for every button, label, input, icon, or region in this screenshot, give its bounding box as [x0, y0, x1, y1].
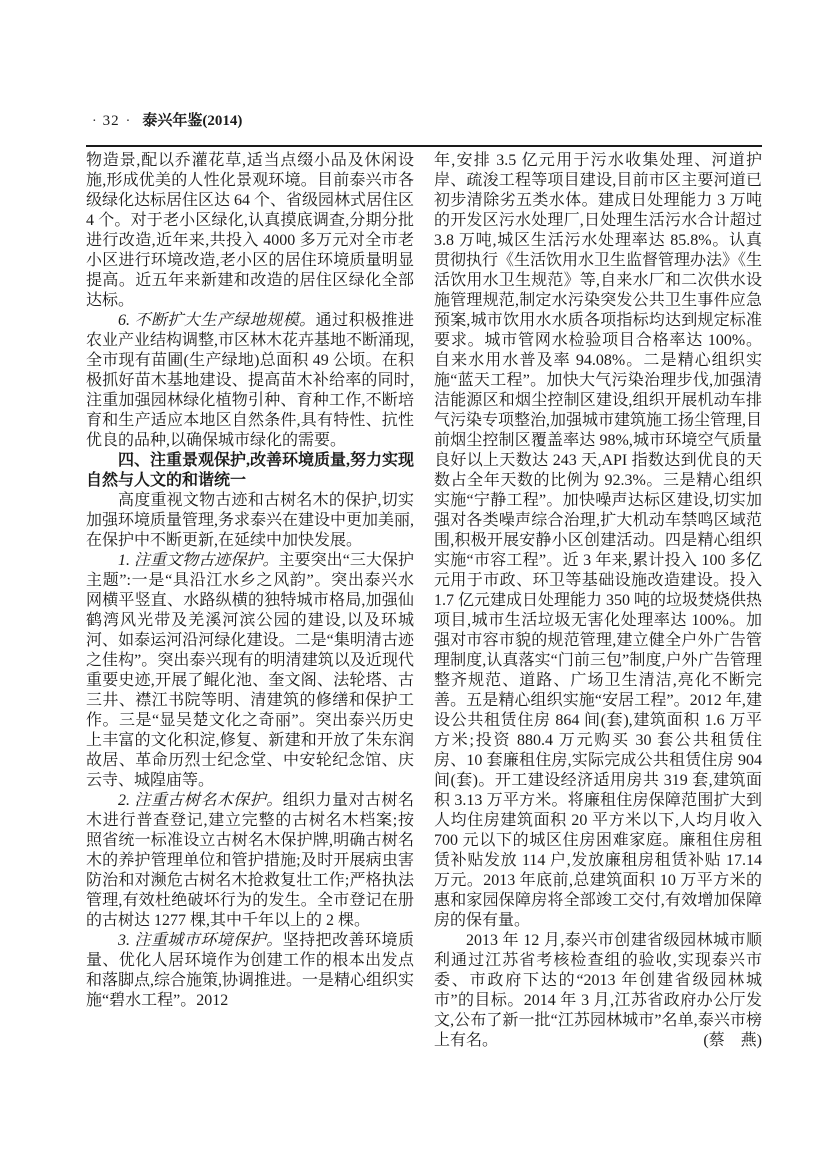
- left-column: 物造景,配以乔灌花草,适当点缀小品及休闲设施,形成优美的人性化景观环境。目前泰兴…: [86, 151, 414, 1051]
- header-dot-icon: ·: [120, 114, 137, 129]
- paragraph: 物造景,配以乔灌花草,适当点缀小品及休闲设施,形成优美的人性化景观环境。目前泰兴…: [86, 151, 414, 311]
- text-run: 通过积极推进农业产业结构调整,市区林木花卉基地不断涌现,全市现有苗圃(生产绿地)…: [86, 312, 414, 449]
- paragraph: 高度重视文物古迹和古树名木的保护,切实加强环境质量管理,务求泰兴在建设中更加美丽…: [86, 491, 414, 551]
- paragraph: 3. 注重城市环境保护。坚持把改善环境质量、优化人居环境作为创建工作的根本出发点…: [86, 931, 414, 1011]
- yearbook-title: 泰兴年鉴(2014): [142, 113, 242, 129]
- yearbook-page: ·32·泰兴年鉴(2014) 物造景,配以乔灌花草,适当点缀小品及休闲设施,形成…: [0, 0, 826, 1169]
- paragraph: 6. 不断扩大生产绿地规模。通过积极推进农业产业结构调整,市区林木花卉基地不断涌…: [86, 311, 414, 451]
- text-run: 高度重视文物古迹和古树名木的保护,切实加强环境质量管理,务求泰兴在建设中更加美丽…: [86, 492, 414, 549]
- paragraph: 年,安排 3.5 亿元用于污水收集处理、河道护岸、疏浚工程等项目建设,目前市区主…: [434, 151, 762, 931]
- page-header: ·32·泰兴年鉴(2014): [86, 111, 762, 132]
- header-rule: [86, 145, 762, 147]
- item-lead-in: 6. 不断扩大生产绿地规模。: [118, 312, 316, 329]
- item-lead-in: 3. 注重城市环境保护。: [118, 932, 283, 949]
- paragraph: 1. 注重文物古迹保护。主要突出“三大保护主题”:一是“具沿江水乡之风韵”。突出…: [86, 551, 414, 791]
- text-run: 物造景,配以乔灌花草,适当点缀小品及休闲设施,形成优美的人性化景观环境。目前泰兴…: [86, 152, 414, 309]
- text-columns: 物造景,配以乔灌花草,适当点缀小品及休闲设施,形成优美的人性化景观环境。目前泰兴…: [86, 151, 762, 1051]
- text-run: 年,安排 3.5 亿元用于污水收集处理、河道护岸、疏浚工程等项目建设,目前市区主…: [434, 152, 762, 929]
- right-column: 年,安排 3.5 亿元用于污水收集处理、河道护岸、疏浚工程等项目建设,目前市区主…: [434, 151, 762, 1051]
- text-run: 组织力量对古树名木进行普查登记,建立完整的古树名木档案;按照省统一标准设立古树名…: [86, 792, 414, 929]
- paragraph: 2. 注重古树名木保护。组织力量对古树名木进行普查登记,建立完整的古树名木档案;…: [86, 791, 414, 931]
- header-dot-icon: ·: [86, 114, 103, 129]
- paragraph: 2013 年 12 月,泰兴市创建省级园林城市顺利通过江苏省考核检查组的验收,实…: [434, 931, 762, 1051]
- text-run: 四、注重景观保护,改善环境质量,努力实现自然与人文的和谐统一: [86, 452, 414, 489]
- text-run: 主要突出“三大保护主题”:一是“具沿江水乡之风韵”。突出泰兴水网横平竖直、水路纵…: [86, 552, 414, 789]
- item-lead-in: 1. 注重文物古迹保护。: [118, 552, 279, 569]
- section-heading: 四、注重景观保护,改善环境质量,努力实现自然与人文的和谐统一: [86, 451, 414, 491]
- page-number: 32: [103, 113, 120, 129]
- item-lead-in: 2. 注重古树名木保护。: [118, 792, 283, 809]
- author-byline: (蔡 燕): [671, 1031, 762, 1051]
